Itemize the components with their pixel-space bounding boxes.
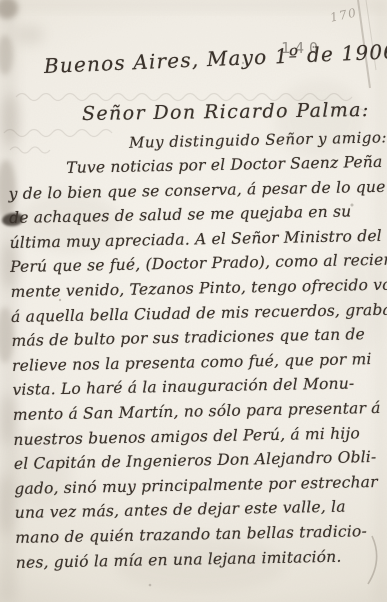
letter-body: Tuve noticias por el Doctor Saenz Peña d… — [8, 150, 387, 575]
pencil-folio-number: 170 — [329, 5, 359, 24]
recipient-line: Señor Don Ricardo Palma: — [82, 99, 370, 125]
letter-page: 170 140 Buenos Aires, Mayo 1º de 1906. S… — [0, 0, 387, 602]
salutation-line: Muy distinguido Señor y amigo: — [129, 128, 387, 151]
date-line: Buenos Aires, Mayo 1º de 1906. — [43, 39, 387, 78]
